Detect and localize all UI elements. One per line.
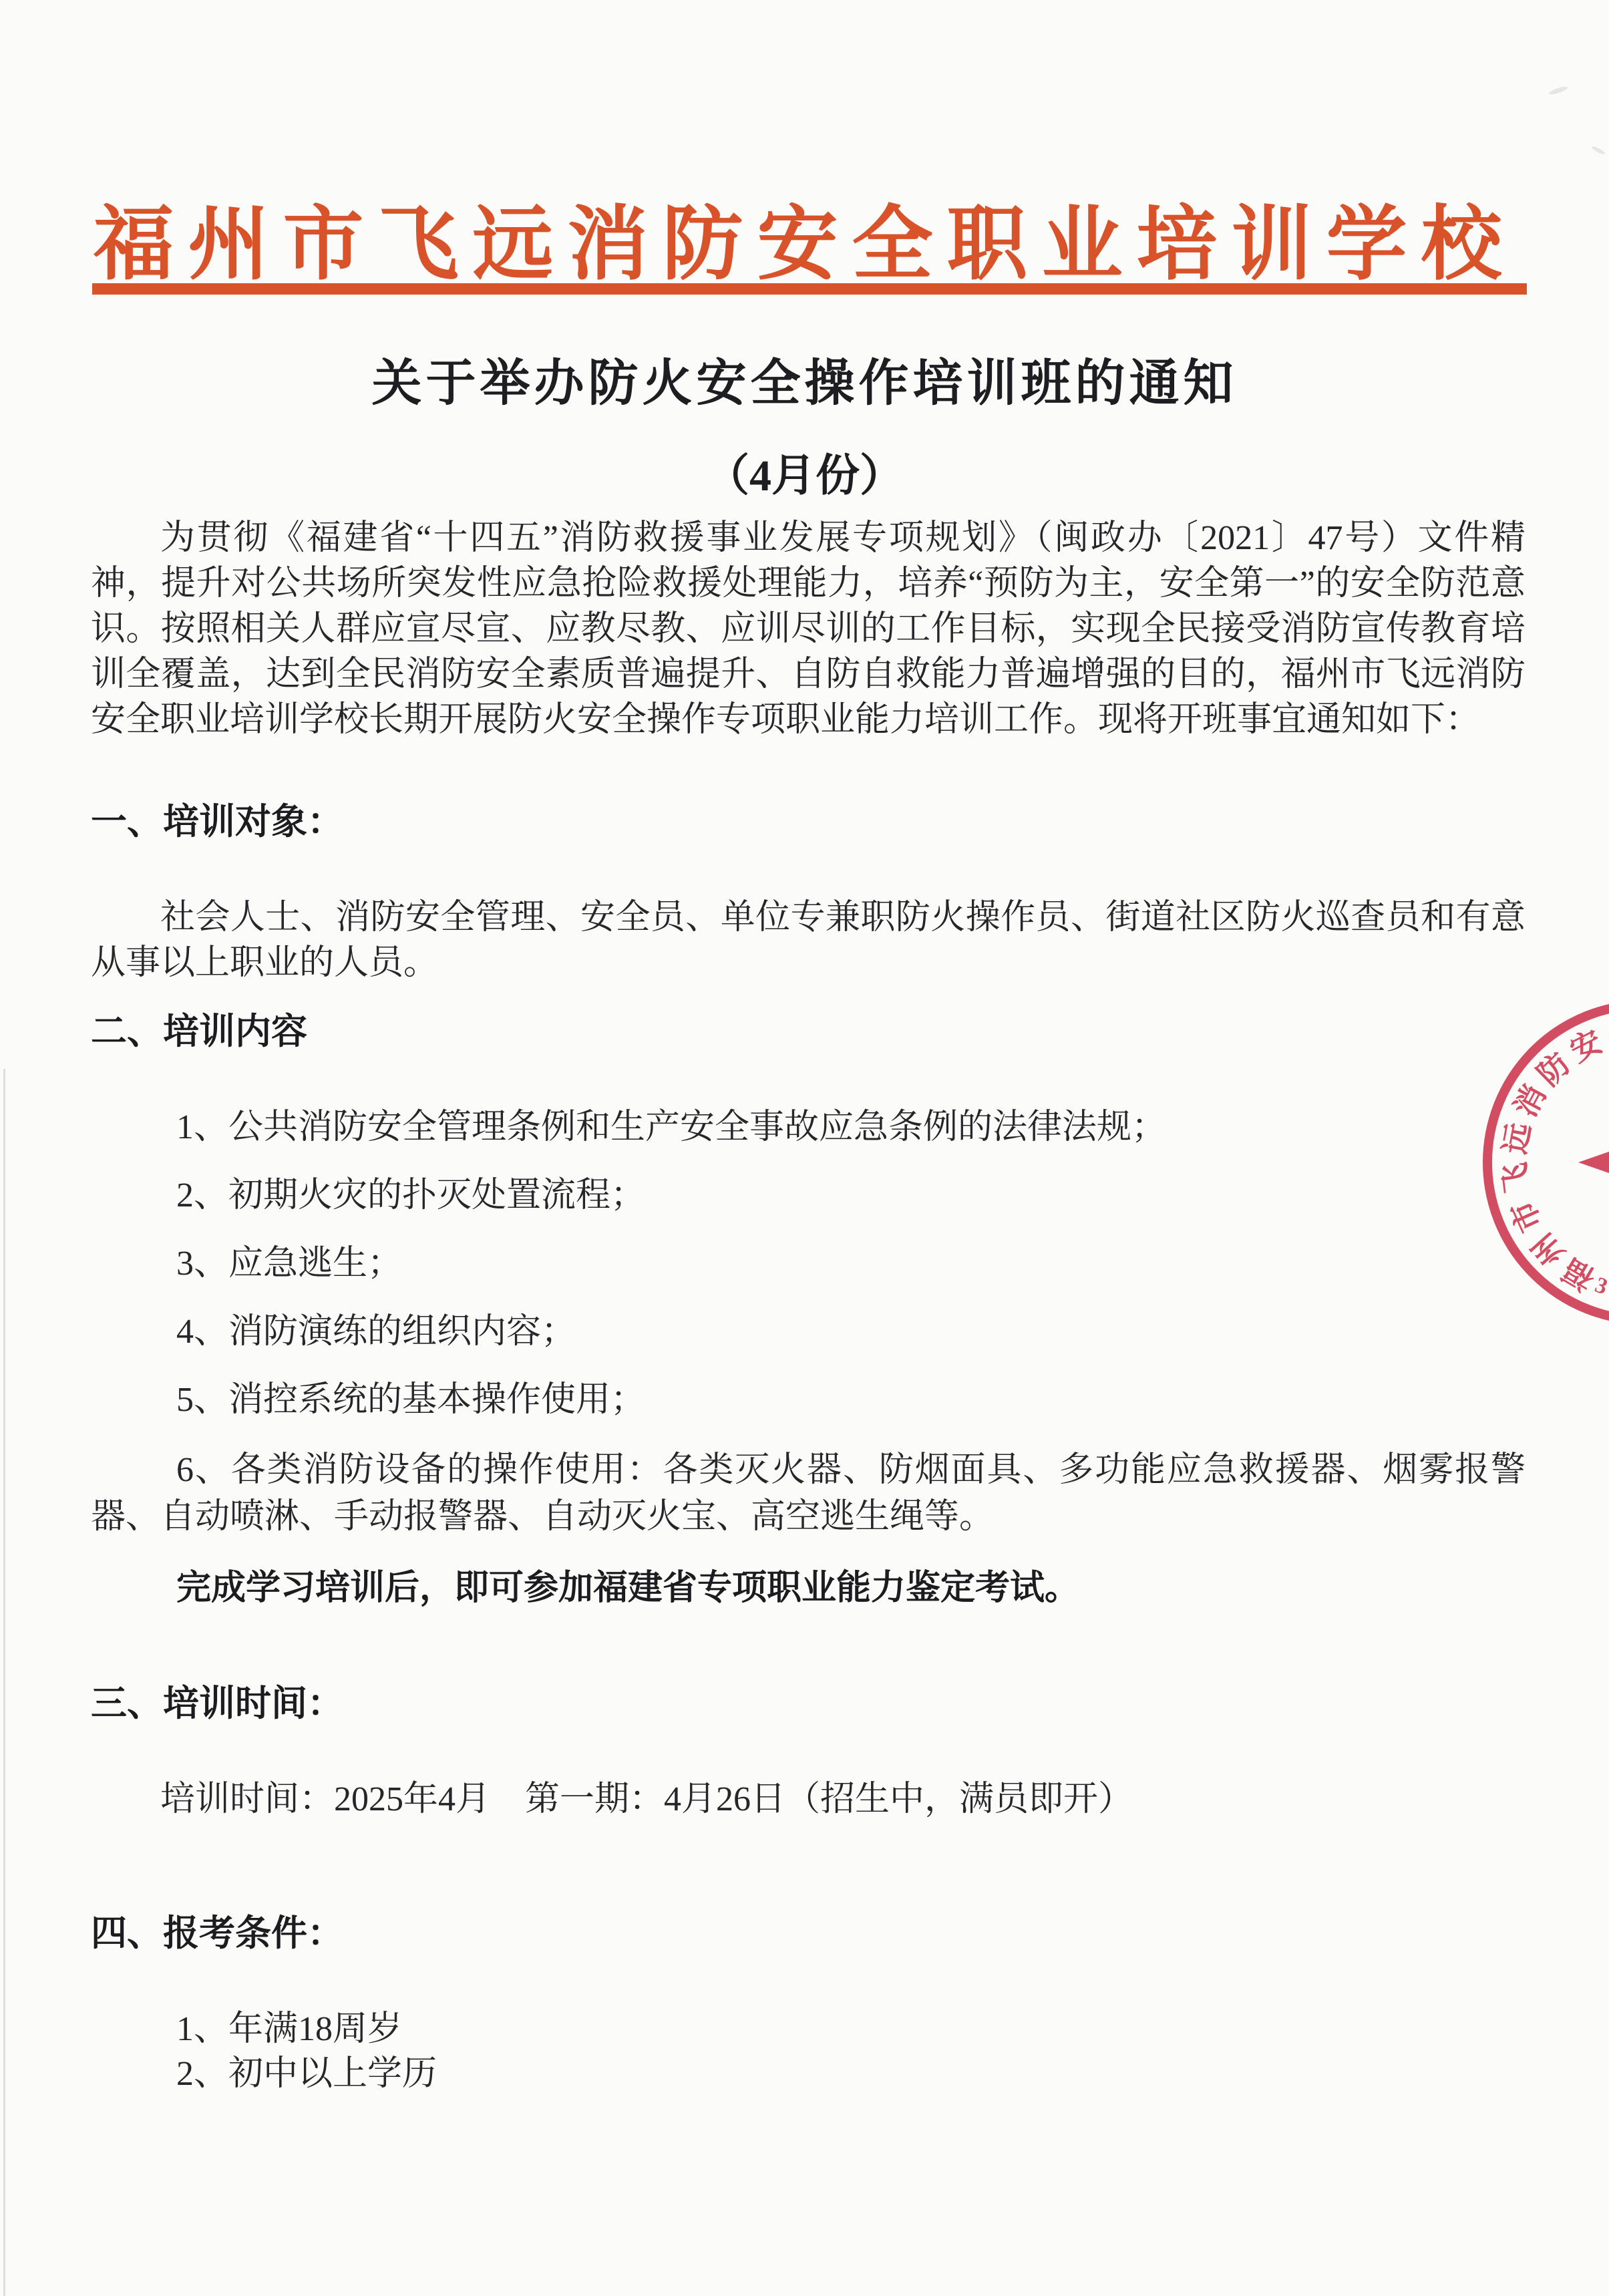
training-content-item-5: 5、消控系统的基本操作使用； <box>91 1379 1526 1422</box>
training-content-item-6: 6、各类消防设备的操作使用：各类灭火器、防烟面具、多功能应急救援器、烟雾报警器、… <box>91 1447 1526 1540</box>
requirement-item-1: 1、年满18周岁 <box>91 2008 1526 2051</box>
svg-text:全: 全 <box>1606 1015 1609 1053</box>
svg-text:福: 福 <box>1557 1252 1601 1297</box>
svg-text:安: 安 <box>1565 1024 1608 1068</box>
section-heading-training-targets: 一、培训对象： <box>91 799 1526 844</box>
scan-edge-artifact <box>3 1069 5 2296</box>
training-time-paragraph: 培训时间：2025年4月 第一期：4月26日（招生中，满员即开） <box>91 1777 1526 1822</box>
training-content-item-4: 4、消防演练的组织内容； <box>91 1311 1526 1353</box>
training-targets-paragraph: 社会人士、消防安全管理、安全员、单位专兼职防火操作员、街道社区防火巡查员和有意从… <box>91 895 1526 986</box>
svg-text:3: 3 <box>1592 1273 1609 1300</box>
stamp-number: 3 <box>1592 1273 1609 1300</box>
section-heading-training-time: 三、培训时间： <box>91 1681 1526 1726</box>
exam-note: 完成学习培训后，即可参加福建省专项职业能力鉴定考试。 <box>91 1566 1526 1611</box>
letterhead-rule <box>92 283 1527 295</box>
stamp-star-icon <box>1564 1080 1609 1234</box>
section-heading-application-requirements: 四、报考条件： <box>91 1911 1526 1956</box>
svg-text:州: 州 <box>1526 1226 1572 1272</box>
training-content-item-1: 1、公共消防安全管理条例和生产安全事故应急条例的法律法规； <box>91 1106 1526 1149</box>
scan-smudge <box>1591 145 1606 156</box>
school-letterhead-title: 福州市飞远消防安全职业培训学校 <box>0 179 1609 295</box>
section-heading-training-content: 二、培训内容 <box>91 1009 1526 1054</box>
scanned-notice-page: 福州市飞远消防安全职业培训学校 关于举办防火安全操作培训班的通知 （4月份） 为… <box>0 0 1609 2296</box>
notice-subtitle: （4月份） <box>0 440 1609 503</box>
svg-text:防: 防 <box>1531 1046 1577 1092</box>
notice-title: 关于举办防火安全操作培训班的通知 <box>0 343 1609 415</box>
training-content-item-2: 2、初期火灾的扑灭处置流程； <box>91 1174 1526 1217</box>
training-content-item-3: 3、应急逃生； <box>91 1243 1526 1285</box>
intro-paragraph: 为贯彻《福建省“十四五”消防救援事业发展专项规划》（闽政办〔2021〕47号）文… <box>91 516 1526 743</box>
scan-smudge <box>1548 86 1569 96</box>
requirement-item-2: 2、初中以上学历 <box>91 2053 1526 2096</box>
